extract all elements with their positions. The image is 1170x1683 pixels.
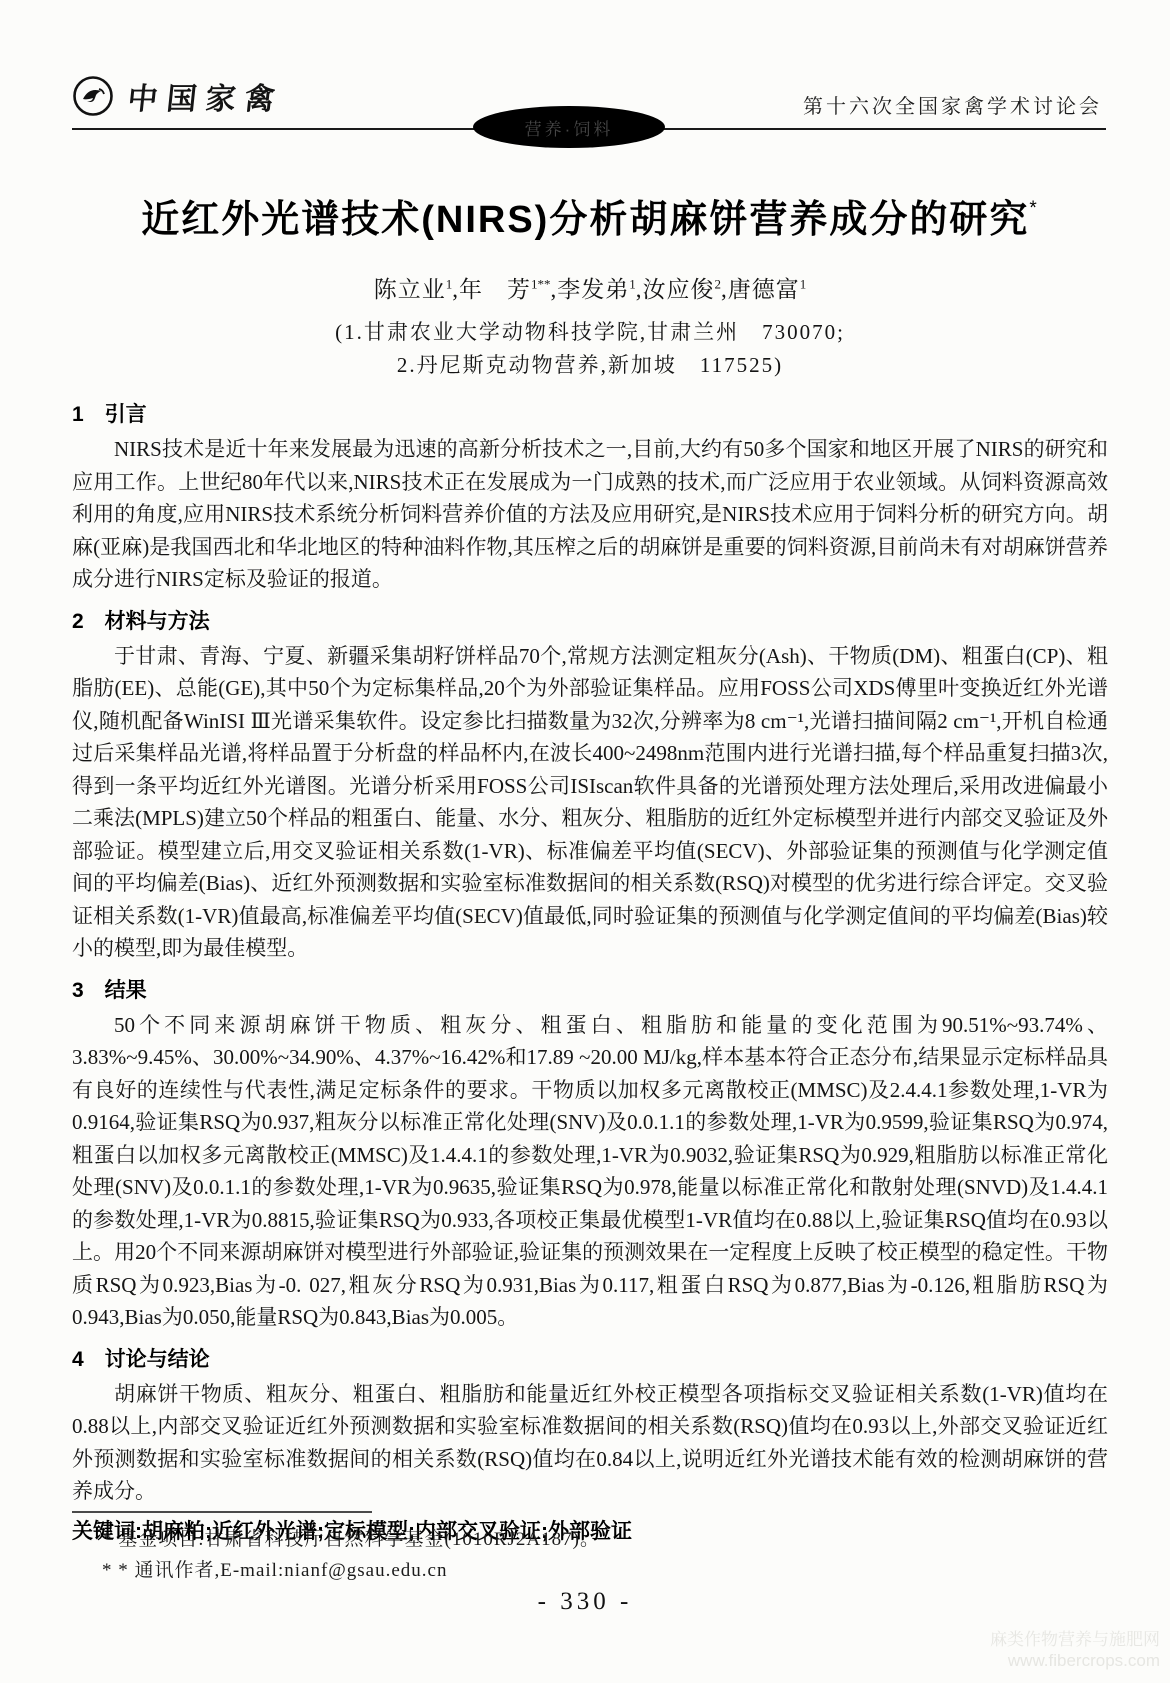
article-title: 近红外光谱技术(NIRS)分析胡麻饼营养成分的研究* xyxy=(72,182,1108,247)
paragraph: NIRS技术是近十年来发展最为迅速的高新分析技术之一,目前,大约有50多个国家和… xyxy=(72,433,1108,596)
article: 近红外光谱技术(NIRS)分析胡麻饼营养成分的研究* 陈立业1,年 芳1**,李… xyxy=(72,176,1108,1545)
phoenix-emblem-icon xyxy=(72,75,114,117)
author-name: 陈立业1 xyxy=(374,277,453,302)
author-affiliation-mark: 1 xyxy=(446,276,453,291)
author-affiliation-mark: 2 xyxy=(715,276,722,291)
section-heading: 2 材料与方法 xyxy=(72,605,1108,635)
author-name: 年 芳1** xyxy=(459,277,551,302)
section-heading: 4 讨论与结论 xyxy=(72,1343,1108,1373)
article-title-text: 近红外光谱技术(NIRS)分析胡麻饼营养成分的研究 xyxy=(141,199,1029,241)
author-name: 汝应俊2 xyxy=(643,277,722,302)
author-affiliation-mark: 1** xyxy=(531,276,551,291)
watermark-site-url: www.fibercrops.com xyxy=(990,1650,1160,1671)
affiliation-line-1: (1.甘肃农业大学动物科技学院,甘肃兰州 730070; xyxy=(72,316,1108,349)
footnotes: * 基金项目:甘肃省科技厅自然科学基金(1010RJ2A187)。* * 通讯作… xyxy=(102,1524,600,1586)
paragraph: 胡麻饼干物质、粗灰分、粗蛋白、粗脂肪和能量近红外校正模型各项指标交叉验证相关系数… xyxy=(72,1378,1108,1508)
article-body: 1 引言NIRS技术是近十年来发展最为迅速的高新分析技术之一,目前,大约有50多… xyxy=(72,398,1108,1508)
footnote: * * 通讯作者,E-mail:nianf@gsau.edu.cn xyxy=(102,1555,600,1586)
author-line: 陈立业1,年 芳1**,李发弟1,汝应俊2,唐德富1 xyxy=(72,271,1108,304)
session-badge-text: 营养·饲料 xyxy=(525,115,614,140)
section-heading: 1 引言 xyxy=(72,398,1108,428)
watermark-site-name: 麻类作物营养与施肥网 xyxy=(990,1629,1160,1650)
watermark: 麻类作物营养与施肥网 www.fibercrops.com xyxy=(990,1629,1160,1671)
footnote-rule xyxy=(72,1511,372,1513)
author-name: 李发弟1 xyxy=(557,277,636,302)
author-affiliation-mark: 1 xyxy=(629,276,636,291)
journal-logo: 中国家禽 xyxy=(72,74,284,118)
conference-title: 第十六次全国家禽学术讨论会 xyxy=(803,90,1102,119)
author-name: 唐德富1 xyxy=(728,277,807,302)
paragraph: 于甘肃、青海、宁夏、新疆采集胡籽饼样品70个,常规方法测定粗灰分(Ash)、干物… xyxy=(72,640,1108,965)
footnote: * 基金项目:甘肃省科技厅自然科学基金(1010RJ2A187)。 xyxy=(102,1524,600,1555)
author-affiliation-mark: 1 xyxy=(800,276,807,291)
paper-page: 中国家禽 第十六次全国家禽学术讨论会 营养·饲料 近红外光谱技术(NIRS)分析… xyxy=(0,0,1170,1683)
journal-logo-text: 中国家禽 xyxy=(126,74,287,118)
page-number: - 330 - xyxy=(0,1588,1170,1616)
section-heading: 3 结果 xyxy=(72,974,1108,1004)
paragraph: 50个不同来源胡麻饼干物质、粗灰分、粗蛋白、粗脂肪和能量的变化范围为90.51%… xyxy=(72,1009,1108,1334)
affiliation-line-2: 2.丹尼斯克动物营养,新加坡 117525) xyxy=(72,349,1108,382)
session-badge: 营养·饲料 xyxy=(473,106,665,148)
title-footnote-mark: * xyxy=(1029,198,1038,219)
